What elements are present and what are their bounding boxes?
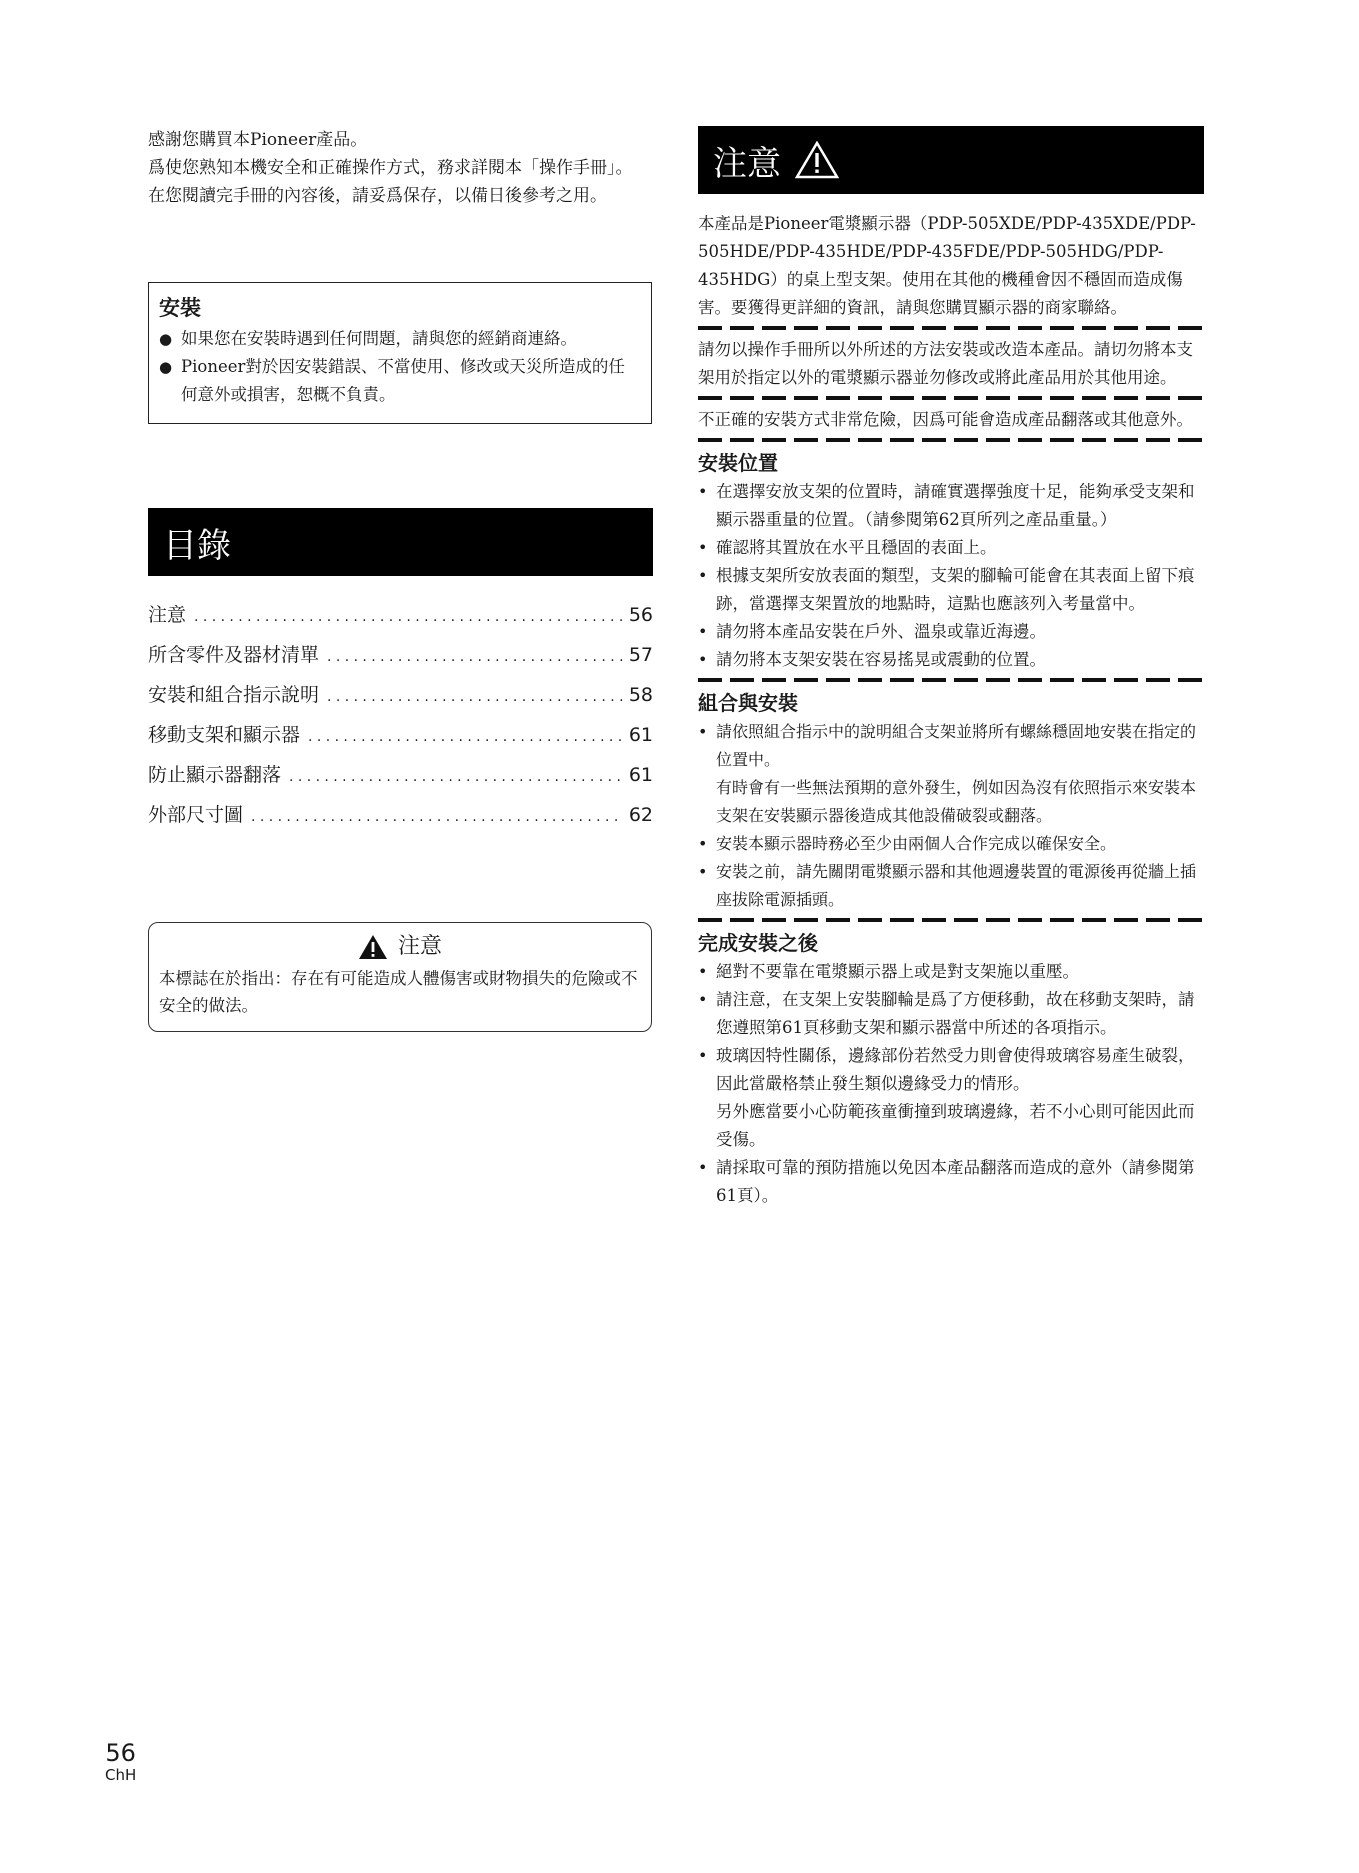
bullet-icon: • bbox=[698, 958, 716, 986]
bullet-icon: • bbox=[698, 718, 716, 830]
list-item: • 玻璃因特性關係，邊緣部份若然受力則會使得玻璃容易產生破裂，因此當嚴格禁止發生… bbox=[698, 1042, 1204, 1154]
caution-symbol-notice: 注意 本標誌在於指出：存在有可能造成人體傷害或財物損失的危險或不安全的做法。 bbox=[148, 922, 652, 1032]
list-item: • 安裝之前，請先關閉電漿顯示器和其他週邊裝置的電源後再從牆上插座拔除電源插頭。 bbox=[698, 858, 1204, 914]
list-item: • 確認將其置放在水平且穩固的表面上。 bbox=[698, 534, 1204, 562]
list-item-paragraph: 玻璃因特性關係，邊緣部份若然受力則會使得玻璃容易產生破裂，因此當嚴格禁止發生類似… bbox=[716, 1042, 1204, 1098]
bullet-icon: • bbox=[698, 1042, 716, 1154]
list-item-paragraph: 請依照組合指示中的說明組合支架並將所有螺絲穩固地安裝在指定的位置中。 bbox=[716, 718, 1204, 774]
caution-paragraph: 不正確的安裝方式非常危險，因爲可能會造成產品翻落或其他意外。 bbox=[698, 406, 1204, 434]
section-heading-installation-location: 安裝位置 bbox=[698, 448, 1204, 478]
bullet-icon: ● bbox=[159, 325, 181, 353]
install-notice-box: 安裝 ● 如果您在安裝時遇到任何問題，請與您的經銷商連絡。 ● Pioneer對… bbox=[148, 282, 652, 424]
intro-line: 感謝您購買本Pioneer產品。 bbox=[148, 126, 653, 154]
intro: 感謝您購買本Pioneer產品。 爲使您熟知本機安全和正確操作方式，務求詳閱本「… bbox=[148, 126, 653, 210]
list-item: • 絕對不要靠在電漿顯示器上或是對支架施以重壓。 bbox=[698, 958, 1204, 986]
list-item-text: 請依照組合指示中的說明組合支架並將所有螺絲穩固地安裝在指定的位置中。 有時會有一… bbox=[716, 718, 1204, 830]
list-item: • 在選擇安放支架的位置時，請確實選擇強度十足，能夠承受支架和顯示器重量的位置。… bbox=[698, 478, 1204, 534]
list-item-text: 請勿將本支架安裝在容易搖晃或震動的位置。 bbox=[716, 646, 1046, 674]
list-item: • 請採取可靠的預防措施以免因本產品翻落而造成的意外（請參閱第61頁）。 bbox=[698, 1154, 1204, 1210]
toc-entry[interactable]: 外部尺寸圖 ..................................… bbox=[148, 800, 653, 840]
bullet-icon: • bbox=[698, 534, 716, 562]
intro-line: 在您閱讀完手冊的內容後，請妥爲保存，以備日後參考之用。 bbox=[148, 182, 653, 210]
toc-entry-page: 58 bbox=[623, 684, 653, 706]
toc-entry-label: 防止顯示器翻落 bbox=[148, 760, 289, 787]
list-item: • 請勿將本支架安裝在容易搖晃或震動的位置。 bbox=[698, 646, 1204, 674]
list-item: • 安裝本顯示器時務必至少由兩個人合作完成以確保安全。 bbox=[698, 830, 1204, 858]
caution-body: 本產品是Pioneer電漿顯示器（PDP-505XDE/PDP-435XDE/P… bbox=[698, 210, 1204, 1210]
toc-entry-page: 62 bbox=[623, 804, 653, 826]
list-item-text: 請勿將本產品安裝在戶外、溫泉或靠近海邊。 bbox=[716, 618, 1046, 646]
toc-entry[interactable]: 注意 .....................................… bbox=[148, 600, 653, 640]
list-item-paragraph: 有時會有一些無法預期的意外發生，例如因為沒有依照指示來安裝本支架在安裝顯示器後造… bbox=[716, 774, 1204, 830]
bullet-icon: • bbox=[698, 618, 716, 646]
toc-entry[interactable]: 安裝和組合指示說明 ..............................… bbox=[148, 680, 653, 720]
install-heading: 安裝 bbox=[159, 293, 641, 323]
toc-leader-dots: ........................................… bbox=[308, 729, 623, 745]
list-item-text: 玻璃因特性關係，邊緣部份若然受力則會使得玻璃容易產生破裂，因此當嚴格禁止發生類似… bbox=[716, 1042, 1204, 1154]
list-item: • 請勿將本產品安裝在戶外、溫泉或靠近海邊。 bbox=[698, 618, 1204, 646]
dashed-divider bbox=[698, 678, 1204, 682]
install-bullet-text: Pioneer對於因安裝錯誤、不當使用、修改或天災所造成的任何意外或損害，恕概不… bbox=[181, 353, 641, 409]
notice-title-row: 注意 bbox=[159, 931, 641, 963]
toc-entry-label: 所含零件及器材清單 bbox=[148, 640, 327, 667]
list-item-text: 絕對不要靠在電漿顯示器上或是對支架施以重壓。 bbox=[716, 958, 1079, 986]
caution-banner: 注意 bbox=[698, 126, 1204, 194]
toc-leader-dots: ........................................… bbox=[327, 689, 623, 705]
install-bullet: ● Pioneer對於因安裝錯誤、不當使用、修改或天災所造成的任何意外或損害，恕… bbox=[159, 353, 641, 409]
bullet-icon: • bbox=[698, 562, 716, 618]
section-heading-assembly: 組合與安裝 bbox=[698, 688, 1204, 718]
table-of-contents: 注意 .....................................… bbox=[148, 600, 653, 840]
toc-entry-label: 移動支架和顯示器 bbox=[148, 720, 308, 747]
toc-entry-label: 外部尺寸圖 bbox=[148, 800, 251, 827]
dashed-divider bbox=[698, 396, 1204, 400]
toc-entry[interactable]: 所含零件及器材清單 ..............................… bbox=[148, 640, 653, 680]
page-footer: 56 ChH bbox=[105, 1740, 136, 1784]
list-item-text: 請採取可靠的預防措施以免因本產品翻落而造成的意外（請參閱第61頁）。 bbox=[716, 1154, 1204, 1210]
toc-entry[interactable]: 移動支架和顯示器 ...............................… bbox=[148, 720, 653, 760]
list-item-paragraph: 另外應當要小心防範孩童衝撞到玻璃邊緣，若不小心則可能因此而受傷。 bbox=[716, 1098, 1204, 1154]
page-number: 56 bbox=[105, 1740, 136, 1766]
warning-triangle-icon bbox=[358, 934, 388, 960]
dashed-divider bbox=[698, 918, 1204, 922]
toc-entry-page: 61 bbox=[623, 764, 653, 786]
bullet-icon: • bbox=[698, 646, 716, 674]
toc-entry-page: 56 bbox=[623, 604, 653, 626]
list-item: • 請依照組合指示中的說明組合支架並將所有螺絲穩固地安裝在指定的位置中。 有時會… bbox=[698, 718, 1204, 830]
notice-text: 本標誌在於指出：存在有可能造成人體傷害或財物損失的危險或不安全的做法。 bbox=[159, 965, 641, 1019]
toc-banner: 目錄 bbox=[148, 508, 653, 576]
list-item-text: 安裝之前，請先關閉電漿顯示器和其他週邊裝置的電源後再從牆上插座拔除電源插頭。 bbox=[716, 858, 1204, 914]
toc-entry[interactable]: 防止顯示器翻落 ................................… bbox=[148, 760, 653, 800]
list-item-text: 在選擇安放支架的位置時，請確實選擇強度十足，能夠承受支架和顯示器重量的位置。（請… bbox=[716, 478, 1204, 534]
toc-entry-label: 注意 bbox=[148, 600, 194, 627]
list-item: • 請注意，在支架上安裝腳輪是爲了方便移動，故在移動支架時，請您遵照第61頁移動… bbox=[698, 986, 1204, 1042]
toc-entry-page: 57 bbox=[623, 644, 653, 666]
caution-paragraph: 本產品是Pioneer電漿顯示器（PDP-505XDE/PDP-435XDE/P… bbox=[698, 210, 1204, 322]
dashed-divider bbox=[698, 438, 1204, 442]
toc-entry-page: 61 bbox=[623, 724, 653, 746]
toc-leader-dots: ........................................… bbox=[194, 609, 623, 625]
list-item-text: 請注意，在支架上安裝腳輪是爲了方便移動，故在移動支架時，請您遵照第61頁移動支架… bbox=[716, 986, 1204, 1042]
language-code: ChH bbox=[105, 1766, 136, 1784]
toc-entry-label: 安裝和組合指示說明 bbox=[148, 680, 327, 707]
bullet-icon: • bbox=[698, 1154, 716, 1210]
intro-line: 爲使您熟知本機安全和正確操作方式，務求詳閱本「操作手冊」。 bbox=[148, 154, 653, 182]
list-item-text: 確認將其置放在水平且穩固的表面上。 bbox=[716, 534, 997, 562]
notice-title: 注意 bbox=[398, 931, 442, 963]
toc-leader-dots: ........................................… bbox=[289, 769, 623, 785]
bullet-icon: • bbox=[698, 478, 716, 534]
caution-paragraph: 請勿以操作手冊所以外所述的方法安裝或改造本產品。請切勿將本支架用於指定以外的電漿… bbox=[698, 336, 1204, 392]
bullet-icon: • bbox=[698, 986, 716, 1042]
toc-leader-dots: ........................................… bbox=[327, 649, 623, 665]
caution-title: 注意 bbox=[713, 136, 781, 185]
toc-title: 目錄 bbox=[163, 518, 231, 567]
bullet-icon: • bbox=[698, 830, 716, 858]
toc-leader-dots: ........................................… bbox=[251, 809, 623, 825]
dashed-divider bbox=[698, 326, 1204, 330]
list-item-text: 根據支架所安放表面的類型，支架的腳輪可能會在其表面上留下痕跡，當選擇支架置放的地… bbox=[716, 562, 1204, 618]
list-item-text: 安裝本顯示器時務必至少由兩個人合作完成以確保安全。 bbox=[716, 830, 1116, 858]
list-item: • 根據支架所安放表面的類型，支架的腳輪可能會在其表面上留下痕跡，當選擇支架置放… bbox=[698, 562, 1204, 618]
install-bullet: ● 如果您在安裝時遇到任何問題，請與您的經銷商連絡。 bbox=[159, 325, 641, 353]
bullet-icon: • bbox=[698, 858, 716, 914]
install-bullet-text: 如果您在安裝時遇到任何問題，請與您的經銷商連絡。 bbox=[181, 325, 577, 353]
section-heading-after-installation: 完成安裝之後 bbox=[698, 928, 1204, 958]
bullet-icon: ● bbox=[159, 353, 181, 409]
warning-triangle-icon bbox=[795, 141, 839, 179]
